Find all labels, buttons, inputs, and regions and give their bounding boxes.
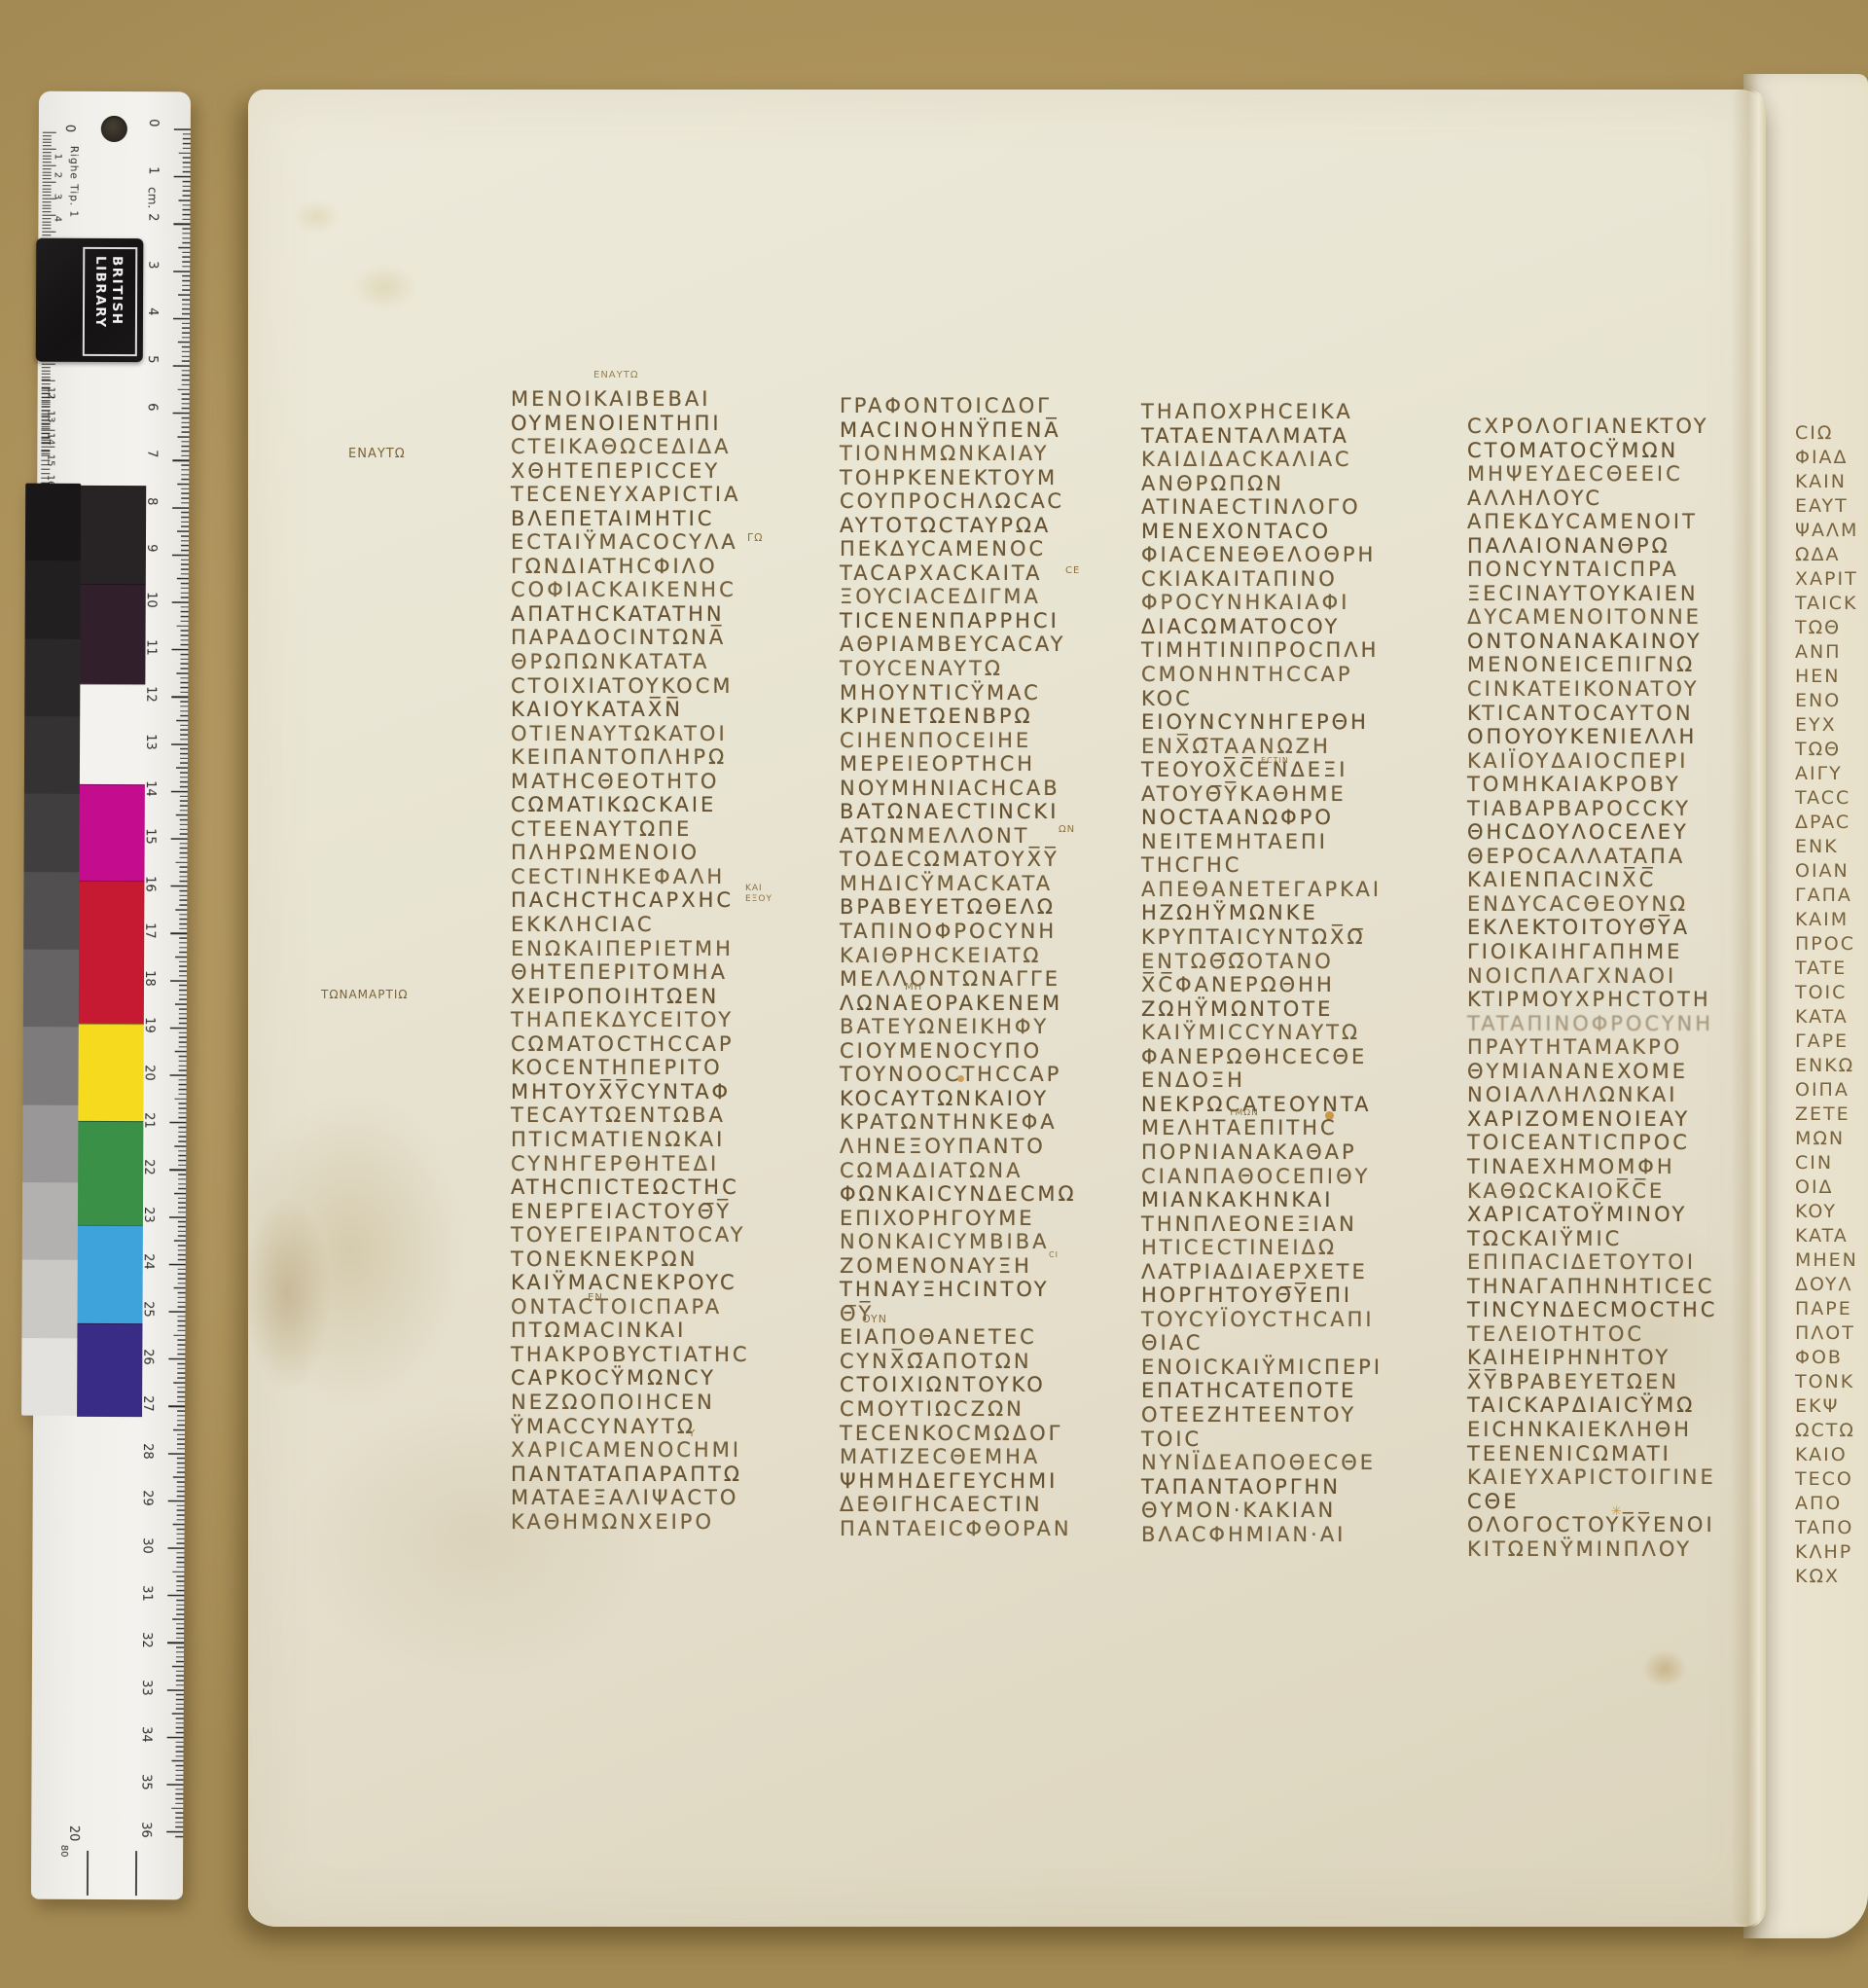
manuscript-line: EΠIΠACIΔETOYTOI: [1467, 1250, 1759, 1275]
facing-page-line: KAIM: [1795, 908, 1868, 932]
manuscript-line: ΠTICMATIENΩKAI: [511, 1128, 803, 1152]
ruler-cm-number: 21: [141, 1112, 156, 1129]
manuscript-line: TOYCENAYTΩ: [840, 657, 1132, 681]
manuscript-line: AΠEΘANETEΓAPKAI: [1141, 878, 1433, 902]
manuscript-line: ΞECINAYTOYKAIEN: [1467, 582, 1759, 606]
manuscript-line: THNAYΞHCINTOY: [840, 1278, 1132, 1302]
ruler-cm-number: 32: [139, 1632, 154, 1648]
manuscript-line: MENOIKAIBEBAI: [511, 387, 803, 412]
manuscript-line: TECENEYXAPICTIA: [511, 483, 803, 507]
manuscript-line: CΩMATIKΩCKAIE: [511, 793, 803, 817]
manuscript-line: KAIŸMACNEKPOYC: [511, 1271, 803, 1295]
manuscript-line: ΠAPAΔOCINTΩNA̅: [511, 626, 803, 650]
manuscript-line: KAIΘPHCKEIATΩ: [840, 944, 1132, 968]
ruler-print-line: [87, 1851, 89, 1896]
manuscript-line: THAΠOXPHCEIKA: [1141, 400, 1433, 424]
manuscript-line: ENEPΓEIACTOYΘ̅Y̅: [511, 1200, 803, 1224]
color-patch-dark-maroon: [80, 584, 145, 684]
manuscript-line: MACINOHNŸΠENA̅: [840, 418, 1132, 443]
facing-page-line: XAPIT: [1795, 567, 1868, 592]
manuscript-line: CAPKOCŸMΩNCY: [511, 1366, 803, 1391]
ruler-cm-number: 6: [145, 403, 160, 411]
manuscript-line: TIABAPBAPOCCKY: [1467, 797, 1759, 821]
manuscript-line: KAIŸMICCYNAYTΩ: [1141, 1021, 1433, 1045]
grayscale-wedge: [21, 484, 81, 1416]
ruler-cm-number: 33: [139, 1680, 154, 1696]
ruler-side-number: 12: [46, 387, 56, 400]
manuscript-line: CIOYMENOCYΠO: [840, 1039, 1132, 1064]
manuscript-line: KPATΩNTHNKEΦA: [840, 1110, 1132, 1135]
ruler-cm-number: 12: [143, 686, 158, 703]
manuscript-line: EΠIXOPHΓOYME: [840, 1207, 1132, 1231]
manuscript-line: NOIAΛΛHΛΩNKAI: [1467, 1083, 1759, 1107]
manuscript-line: KPYΠTAICYNTΩX̅Ω̅: [1141, 925, 1433, 950]
facing-page-line: TECO: [1795, 1467, 1868, 1492]
ruler-cm-number: 35: [138, 1774, 153, 1790]
manuscript-line: KTIPMOYXPHCTOTH: [1467, 988, 1759, 1012]
manuscript-line: AYTOTΩCTAYPΩA: [840, 514, 1132, 538]
interlinear-note: OYN: [862, 1313, 887, 1325]
facing-page-line: HEN: [1795, 665, 1868, 689]
facing-page-line: ΦIAΔ: [1795, 446, 1868, 470]
manuscript-line: BATΩNAECTINCKI: [840, 800, 1132, 824]
facing-page-line: ΠΛOT: [1795, 1321, 1868, 1346]
manuscript-line: TOYNOOCTHCCAP: [840, 1063, 1132, 1087]
facing-page-line: TACC: [1795, 786, 1868, 811]
color-patch-cyan: [77, 1225, 142, 1323]
manuscript-line: CIHENΠOCEIHE: [840, 729, 1132, 753]
interlinear-note: ECTIN: [1261, 756, 1289, 765]
manuscript-line: THAKPOBYCTIATHC: [511, 1343, 803, 1367]
text-column-2: ΓPAΦONTOICΔOΓMACINOHNŸΠENA̅TIONHMΩNKAIAY…: [840, 394, 1132, 1540]
manuscript-line: MHOYNTICŸMAC: [840, 681, 1132, 705]
manuscript-line: CMOYTIΩCZΩN: [840, 1397, 1132, 1422]
manuscript-line: ΦPOCYNHKAIAΦI: [1141, 591, 1433, 615]
manuscript-line: XAPIZOMENOIEAY: [1467, 1107, 1759, 1132]
manuscript-line: ONTACTOICΠAPA: [511, 1295, 803, 1319]
manuscript-line: ΓIOIKAIHΓAΠHME: [1467, 940, 1759, 964]
ruler-cm-number: 19: [142, 1018, 157, 1034]
manuscript-line: HOPΓHTOYΘ̅Y̅EΠI: [1141, 1283, 1433, 1308]
facing-page-line: OIΔ: [1795, 1175, 1868, 1200]
manuscript-line: ΓPAΦONTOICΔOΓ: [840, 394, 1132, 418]
ruler-cm-number: 31: [139, 1585, 154, 1602]
manuscript-line: XΘHTEΠEPICCEY: [511, 459, 803, 484]
manuscript-line: CΩMAΔIATΩNA: [840, 1159, 1132, 1183]
manuscript-line: NYNÏΔEAΠOΘECΘE: [1141, 1451, 1433, 1475]
manuscript-line: ΦANEPΩΘHCECΘE: [1141, 1045, 1433, 1069]
manuscript-line: KTICANTOCAYTON: [1467, 702, 1759, 726]
manuscript-line: ΛΩNAEOPAKENEM: [840, 992, 1132, 1016]
manuscript-line: NEZΩOΠOIHCEN: [511, 1391, 803, 1415]
manuscript-line: TECENKOCMΩΔOΓ: [840, 1422, 1132, 1446]
manuscript-line: MENEXONTACO: [1141, 520, 1433, 544]
manuscript-line: ΔIACΩMATOCOY: [1141, 615, 1433, 639]
manuscript-line: ATINAECTINΛOΓO: [1141, 495, 1433, 520]
manuscript-line: BΛEΠETAIMHTIC: [511, 507, 803, 531]
manuscript-line: ΓΩNΔIATHCΦIΛO: [511, 555, 803, 579]
interlinear-note: EN: [588, 1292, 603, 1303]
manuscript-line: ΘIAC: [1141, 1331, 1433, 1355]
ruler-bottom-code: 20: [66, 1825, 81, 1842]
manuscript-line: MHΔICŸMACKATA: [840, 872, 1132, 896]
margin-note: ΤΩΝΑΜΑΡΤΙΩ: [321, 988, 409, 1001]
manuscript-line: NEKPΩCATEOYNTA: [1141, 1093, 1433, 1117]
ruler-cm-number: 18: [142, 970, 157, 987]
manuscript-line: ΘPΩΠΩNKATATA: [511, 650, 803, 674]
facing-page-line: EKΨ: [1795, 1394, 1868, 1419]
ruler-side-number: 13: [46, 411, 56, 423]
facing-page-line: ΩCTΩ: [1795, 1419, 1868, 1443]
ruler-cm-number: 3: [145, 261, 160, 269]
manuscript-line: MIANKAKHNKAI: [1141, 1188, 1433, 1212]
facing-page-line: TΩΘ: [1795, 616, 1868, 640]
interlinear-note: YMΩN: [1229, 1108, 1259, 1118]
manuscript-line: KAIΔIΔACKAΛIAC: [1141, 448, 1433, 472]
manuscript-line: NEITEMHTAEΠI: [1141, 830, 1433, 854]
facing-page-line: TAΠO: [1795, 1516, 1868, 1540]
facing-page-line: OIAN: [1795, 859, 1868, 884]
ruler-hole: [101, 116, 127, 142]
manuscript-line: X̅C̅ΦANEPΩΘHH: [1141, 973, 1433, 997]
facing-page-line: KATA: [1795, 1005, 1868, 1030]
manuscript-line: ENOICKAIŸMICΠEPI: [1141, 1355, 1433, 1380]
calibration-ruler: 0 Righe Tip. 1 cm. 1234 1213141516 01234…: [19, 91, 198, 1912]
color-patch-black: [81, 486, 146, 584]
asterisk-mark: ✳: [1611, 1504, 1623, 1519]
british-library-label-text: BRITISH LIBRARY: [91, 256, 125, 329]
manuscript-line: X̅Y̅BPABEYETΩEN: [1467, 1370, 1759, 1394]
manuscript-line: ATOYΘ̅Y̅KAΘHME: [1141, 782, 1433, 807]
ruler-side-number: 3: [53, 194, 63, 199]
manuscript-line: BΛACΦHMIAN·AI: [1141, 1523, 1433, 1547]
ruler-cm-number: 13: [143, 734, 158, 750]
manuscript-line: MATHCΘEOTHTO: [511, 770, 803, 794]
ruler-cm-number: 36: [138, 1822, 153, 1838]
facing-page-line: OIΠA: [1795, 1078, 1868, 1102]
ruler-cm-number: 30: [139, 1537, 154, 1554]
manuscript-line: HZΩHŸMΩNKE: [1141, 901, 1433, 925]
ruler-cm-number: 5: [145, 355, 160, 363]
manuscript-line: CXPOΛOΓIANEKTOY: [1467, 415, 1759, 439]
manuscript-line: CTEENAYTΩΠE: [511, 817, 803, 842]
manuscript-line: KAIENΠACINX̅C̅: [1467, 868, 1759, 892]
margin-note: ΚΑΙ ΕΞΟΥ: [745, 884, 786, 905]
manuscript-line: COYΠPOCHΛΩCAC: [840, 489, 1132, 514]
text-column-4: CXPOΛOΓIANEKTOYCTOMATOCŸMΩNMHΨEYΔECΘEEIC…: [1467, 415, 1759, 1561]
label-line: BRITISH: [108, 256, 125, 329]
interlinear-note: ΕΝΑΥΤΩ: [593, 370, 639, 380]
manuscript-line: CTOIXIATOYKOCM: [511, 674, 803, 699]
manuscript-line: ATHCΠICTEΩCTHC: [511, 1175, 803, 1200]
facing-page-line: ENKΩ: [1795, 1054, 1868, 1078]
manuscript-line: EIAΠOΘANETEC: [840, 1325, 1132, 1350]
facing-page-line: ΓAPE: [1795, 1030, 1868, 1054]
facing-page-line: AΠO: [1795, 1492, 1868, 1516]
manuscript-line: CTOIXIΩNTOYKO: [840, 1373, 1132, 1397]
margin-note: ΕΝΑΥΤΩ: [348, 447, 406, 461]
manuscript-line: CMONHNTHCCAP: [1141, 663, 1433, 687]
manuscript-line: AΘPIAMBEYCACAY: [840, 633, 1132, 657]
facing-page-line: AIΓY: [1795, 762, 1868, 786]
ruler-cm-number: 22: [141, 1159, 156, 1175]
photo-backdrop: { "photo": { "backdrop_color": "#b1975f"…: [0, 0, 1868, 1988]
facing-page-line: ΠPOC: [1795, 932, 1868, 957]
facing-page-line: CIN: [1795, 1151, 1868, 1175]
manuscript-line: EΠATHCATEΠOTE: [1141, 1379, 1433, 1403]
manuscript-line: CYNHΓEPΘHTEΔI: [511, 1152, 803, 1176]
manuscript-line: ANΘPΩΠΩN: [1141, 472, 1433, 496]
manuscript-line: ΠΛHPΩMENOIO: [511, 841, 803, 865]
color-patch-green: [78, 1121, 143, 1225]
manuscript-line: TOYCYÏOYCTHCAΠI: [1141, 1308, 1433, 1332]
manuscript-line: ΠANTAEICΦΘOPAN: [840, 1517, 1132, 1541]
ruler-cm-number: 14: [143, 781, 158, 798]
facing-page-line: ΔPAC: [1795, 811, 1868, 835]
manuscript-line: ΔYCAMENOITONNE: [1467, 605, 1759, 630]
manuscript-line: TINCYNΔECMOCTHC: [1467, 1298, 1759, 1322]
facing-page-line: KOY: [1795, 1200, 1868, 1224]
ruler-cm-number: 27: [140, 1395, 155, 1412]
manuscript-line: ΘYMIANANEXOME: [1467, 1060, 1759, 1084]
manuscript-line: TIONHMΩNKAIAY: [840, 442, 1132, 466]
manuscript-line: XAPICAMENOCHMI: [511, 1438, 803, 1463]
color-patch-red: [79, 881, 145, 1024]
facing-page-line: EYX: [1795, 713, 1868, 738]
ruler-cm-number: 20: [142, 1065, 157, 1081]
manuscript-line: CIANΠAΘOCEΠIΘY: [1141, 1165, 1433, 1189]
manuscript-line: CYNX̅Ω̅AΠOTΩN: [840, 1350, 1132, 1374]
facing-page-line: ENK: [1795, 835, 1868, 859]
manuscript-line: OTEEZHTEENTOY: [1141, 1403, 1433, 1428]
manuscript-line: TICENENΠAPPHCI: [840, 609, 1132, 633]
manuscript-line: CTEIKAΘΩCEΔIΔA: [511, 435, 803, 459]
manuscript-line: KAIHEIPHNHTOY: [1467, 1346, 1759, 1370]
manuscript-line: TAΠINOΦPOCYNH: [840, 920, 1132, 944]
manuscript-line: KPINETΩENBPΩ: [840, 705, 1132, 729]
manuscript-line: TATAENTAΛMATA: [1141, 424, 1433, 449]
manuscript-line: TOIC: [1141, 1428, 1433, 1452]
facing-page-line: ANΠ: [1795, 640, 1868, 665]
facing-page-line: TATE: [1795, 957, 1868, 981]
manuscript-line: CKIAKAITAΠINO: [1141, 567, 1433, 592]
manuscript-line: OYMENOIENTHΠI: [511, 412, 803, 436]
manuscript-line: COΦIACKAIKENHC: [511, 578, 803, 602]
color-patch-magenta: [79, 784, 144, 881]
facing-page-line: ΩΔA: [1795, 543, 1868, 567]
manuscript-line: THNAΓAΠHNHTICEC: [1467, 1275, 1759, 1299]
manuscript-line: TOICEANTICΠPOC: [1467, 1131, 1759, 1155]
manuscript-line: ΘYMON·KAKIAN: [1141, 1499, 1433, 1523]
manuscript-line: BATEYΩNEIKHΦY: [840, 1015, 1132, 1039]
manuscript-line: EKKΛHCIAC: [511, 913, 803, 937]
manuscript-line: KOCENTHΠEPITO: [511, 1056, 803, 1080]
facing-page-line: KAIN: [1795, 470, 1868, 494]
interlinear-note: ΓΩ: [747, 531, 764, 544]
color-calibration-strip: [77, 486, 146, 1417]
manuscript-line: EICHNKAIEKΛHΘH: [1467, 1418, 1759, 1442]
facing-page-line: TOIC: [1795, 981, 1868, 1005]
ruler-side-number: 14: [45, 433, 55, 446]
facing-page-line: EAYT: [1795, 494, 1868, 519]
british-library-label-frame: BRITISH LIBRARY: [83, 247, 137, 356]
manuscript-line: ENΔYCACΘEOYNΩ: [1467, 892, 1759, 917]
manuscript-line: CINKATEIKONATOY: [1467, 677, 1759, 702]
ruler-side-number: 4: [52, 216, 62, 222]
manuscript-line: KITΩENŸMINΠΛOY: [1467, 1537, 1759, 1562]
manuscript-line: ΘHCΔOYΛOCEΛEY: [1467, 820, 1759, 845]
manuscript-line: KEIΠANTOΠΛHPΩ: [511, 745, 803, 770]
ruler-bottom-code: 80: [58, 1845, 69, 1858]
manuscript-line: NOYMHNIACHCAB: [840, 777, 1132, 801]
manuscript-line: ATΩNMEΛΛONT: [840, 824, 1132, 849]
manuscript-line: MHΨEYΔECΘEEIC: [1467, 462, 1759, 487]
ruler-cm-number: 4: [145, 308, 160, 316]
manuscript-line: MENONEICEΠIΓNΩ: [1467, 653, 1759, 677]
manuscript-line: ΛHNEΞOYΠANTO: [840, 1135, 1132, 1159]
facing-page-line: KATA: [1795, 1224, 1868, 1248]
ruler-cm-number: 16: [142, 876, 157, 892]
manuscript-line: ΛATPIAΔIAEPXETE: [1141, 1260, 1433, 1284]
british-library-label: BRITISH LIBRARY: [36, 238, 144, 362]
manuscript-line: MATAEΞAΛIΨACTO: [511, 1486, 803, 1510]
manuscript-line: TACAPXACKAITA: [840, 561, 1132, 586]
manuscript-line: MHTOYX̅Y̅CYNTAΦ: [511, 1080, 803, 1104]
manuscript-line: TEENENICΩMATI: [1467, 1442, 1759, 1466]
manuscript-line: ΠAΛAIONANΘPΩ: [1467, 534, 1759, 559]
manuscript-line: ΠOPNIANAKAΘAP: [1141, 1140, 1433, 1165]
manuscript-line: XAPICATOŸMINOY: [1467, 1203, 1759, 1227]
ruler-scale-name: Righe Tip. 1: [67, 146, 79, 218]
ruler-cm-number: 17: [142, 922, 157, 939]
manuscript-line: MEPEIEOPTHCH: [840, 752, 1132, 777]
manuscript-line: AΠEKΔYCAMENOIT: [1467, 510, 1759, 534]
manuscript-line: OTIENAYTΩKATOI: [511, 722, 803, 746]
manuscript-line: ENTΩΘ̅Ω̅OTANO: [1141, 950, 1433, 974]
facing-page-line: MΩN: [1795, 1127, 1868, 1151]
ruler-cm-number: 7: [144, 450, 159, 457]
manuscript-line: MEΛHTAEΠITHC: [1141, 1116, 1433, 1140]
facing-page-line: TONK: [1795, 1370, 1868, 1394]
facing-page-line: KAIO: [1795, 1443, 1868, 1467]
manuscript-line: KAΘHMΩNXEIPO: [511, 1510, 803, 1535]
manuscript-line: NONKAICYMBIBA: [840, 1230, 1132, 1254]
manuscript-line: ΠTΩMACINKAI: [511, 1319, 803, 1343]
manuscript-line: ENX̅Ω̅TAANΩZH: [1141, 735, 1433, 759]
manuscript-line: KAIÏOYΔAIOCΠEPI: [1467, 749, 1759, 774]
manuscript-line: TIMHTINIΠPOCΠΛH: [1141, 638, 1433, 663]
facing-page-text-column: CIΩΦIAΔKAINEAYTΨAΛMΩΔAXAPITTAICKTΩΘANΠHE…: [1795, 421, 1868, 1589]
manuscript-line: TOHPKENEKTOYM: [840, 466, 1132, 490]
manuscript-line: TATAΠINOΦPOCYNH: [1467, 1012, 1759, 1036]
facing-page-line: ΨAΛM: [1795, 519, 1868, 543]
color-patch-white: [80, 684, 145, 784]
manuscript-line: ΔEΘIΓHCAECTIN: [840, 1493, 1132, 1517]
manuscript-line: TOYEΓEIPANTOCAY: [511, 1223, 803, 1247]
manuscript-line: NOICΠΛAΓXNAOI: [1467, 964, 1759, 989]
color-patch-yellow: [78, 1024, 143, 1121]
facing-page-line: CIΩ: [1795, 421, 1868, 446]
facing-page-line: TΩΘ: [1795, 738, 1868, 762]
ruler-side-number: 2: [53, 172, 63, 178]
interlinear-note: MH: [905, 982, 922, 993]
ruler-cm-number: 0: [146, 119, 161, 127]
manuscript-line: HTICECTINEIΔΩ: [1141, 1236, 1433, 1260]
manuscript-line: ΘEPOCAΛΛATAΠA: [1467, 845, 1759, 869]
facing-page-line: ZETE: [1795, 1102, 1868, 1127]
manuscript-line: ΞOYCIACEΔIΓMA: [840, 585, 1132, 609]
manuscript-line: ΠEKΔYCAMENOC: [840, 537, 1132, 561]
color-patch-indigo: [77, 1323, 142, 1417]
manuscript-line: OΠOYOYKENIEΛΛH: [1467, 725, 1759, 749]
manuscript-line: ΦΩNKAICYNΔECMΩ: [840, 1182, 1132, 1207]
ruler-cm-number: 1: [146, 166, 161, 174]
ruler-print-line: [135, 1851, 137, 1896]
manuscript-line: ŸMACCYNAYTΩ: [511, 1415, 803, 1439]
manuscript-line: AΛΛHΛOYC: [1467, 487, 1759, 511]
ruler-cm-number: 15: [143, 828, 158, 845]
manuscript-line: TΩCKAIŸMIC: [1467, 1227, 1759, 1251]
facing-page-line: ΦOB: [1795, 1346, 1868, 1370]
facing-page-line: ENO: [1795, 689, 1868, 713]
manuscript-line: THNΠΛEONEΞIAN: [1141, 1212, 1433, 1237]
ruler-cm-number: 8: [144, 497, 159, 505]
text-column-3: THAΠOXPHCEIKATATAENTAΛMATAKAIΔIΔACKAΛIAC…: [1141, 400, 1433, 1546]
manuscript-line: TOΔECΩMATOYX̅Y̅: [840, 848, 1132, 872]
label-line: LIBRARY: [91, 256, 108, 329]
ruler-cm-number: 2: [145, 213, 160, 221]
ruler-cm-number: 26: [140, 1349, 155, 1365]
facing-page-line: TAICK: [1795, 592, 1868, 616]
manuscript-line: TEΛEIOTHTOC: [1467, 1322, 1759, 1347]
ruler-cm-number: 23: [141, 1207, 156, 1223]
manuscript-line: MATIZECΘEMHA: [840, 1445, 1132, 1469]
facing-page-line: KΛHP: [1795, 1540, 1868, 1565]
ruler-cm-number: 29: [140, 1491, 155, 1507]
manuscript-line: TONEKNEKPΩN: [511, 1247, 803, 1272]
manuscript-line: EKΛEKTOITOYΘ̅Y̅A: [1467, 916, 1759, 940]
manuscript-line: ΠANTATAΠAPAΠTΩ: [511, 1463, 803, 1487]
ruler-cm-number: 24: [141, 1254, 156, 1271]
manuscript-line: TAICKAPΔIAICŸMΩ: [1467, 1393, 1759, 1418]
manuscript-line: ΘHTEΠEPITOMHA: [511, 960, 803, 985]
facing-page-line: KΩX: [1795, 1565, 1868, 1589]
manuscript-line: KOC: [1141, 687, 1433, 711]
manuscript-line: THAΠEKΔYCEITOY: [511, 1008, 803, 1032]
manuscript-line: KAΘΩCKAIOK̅C̅E: [1467, 1179, 1759, 1204]
manuscript-line: ENΔOΞH: [1141, 1068, 1433, 1093]
text-column-1: MENOIKAIBEBAIOYMENOIENTHΠICTEIKAΘΩCEΔIΔA…: [511, 387, 803, 1534]
ruler-cm-number: 25: [141, 1301, 156, 1318]
ruler-cm-number: 11: [143, 639, 158, 656]
manuscript-line: ΦIACENEΘEΛOΘPH: [1141, 543, 1433, 567]
manuscript-line: TECAYTΩENTΩBA: [511, 1103, 803, 1128]
manuscript-line: ZΩHŸMΩNTOTE: [1141, 997, 1433, 1022]
manuscript-line: CTOMATOCŸMΩN: [1467, 439, 1759, 463]
ruler-side-number: 15: [45, 454, 55, 467]
manuscript-line: ΨHMHΔEΓEYCHMI: [840, 1469, 1132, 1494]
facing-page-line: ΠAPE: [1795, 1297, 1868, 1321]
facing-page-line: ΓAΠA: [1795, 884, 1868, 908]
ruler-zero-label: 0: [62, 125, 77, 132]
manuscript-line: TINAEXHMOMΦH: [1467, 1155, 1759, 1179]
manuscript-line: CΩMATOCTHCCAP: [511, 1032, 803, 1057]
ruler-cm-number: 28: [140, 1443, 155, 1460]
ruler-cm-number: 34: [139, 1727, 154, 1744]
facing-page-line: ΔOYΛ: [1795, 1273, 1868, 1297]
manuscript-line: KOCAYTΩNKAIOY: [840, 1087, 1132, 1111]
manuscript-line: ZOMENONAYΞH: [840, 1254, 1132, 1279]
